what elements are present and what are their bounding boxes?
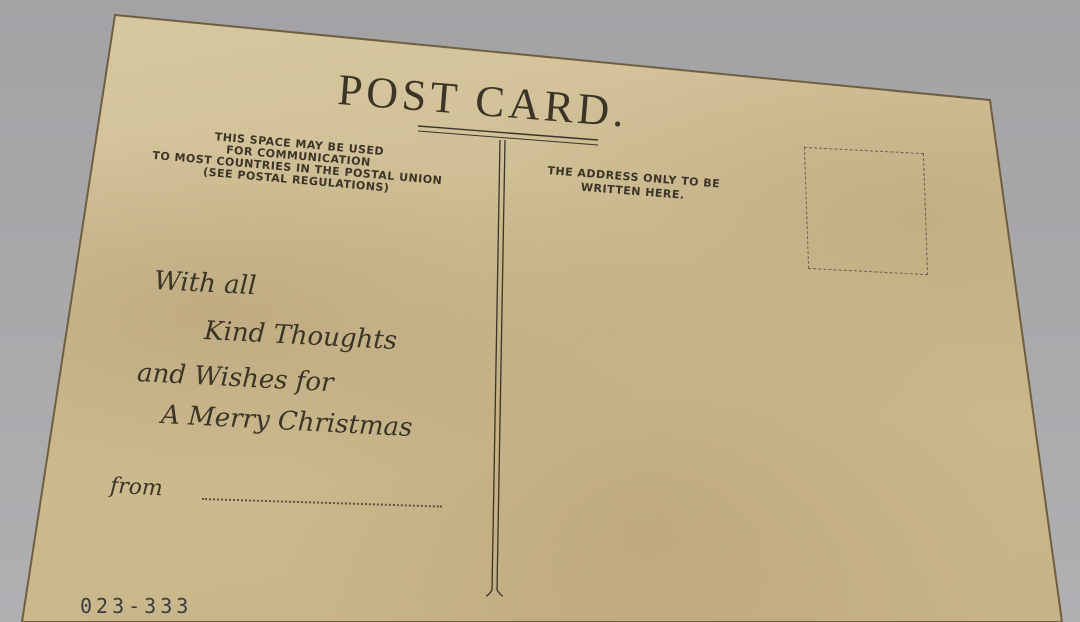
greeting-line: With all: [153, 266, 257, 301]
stamp-box: [804, 147, 928, 275]
catalog-number: 023-333: [80, 594, 192, 618]
from-label: from: [109, 474, 163, 502]
